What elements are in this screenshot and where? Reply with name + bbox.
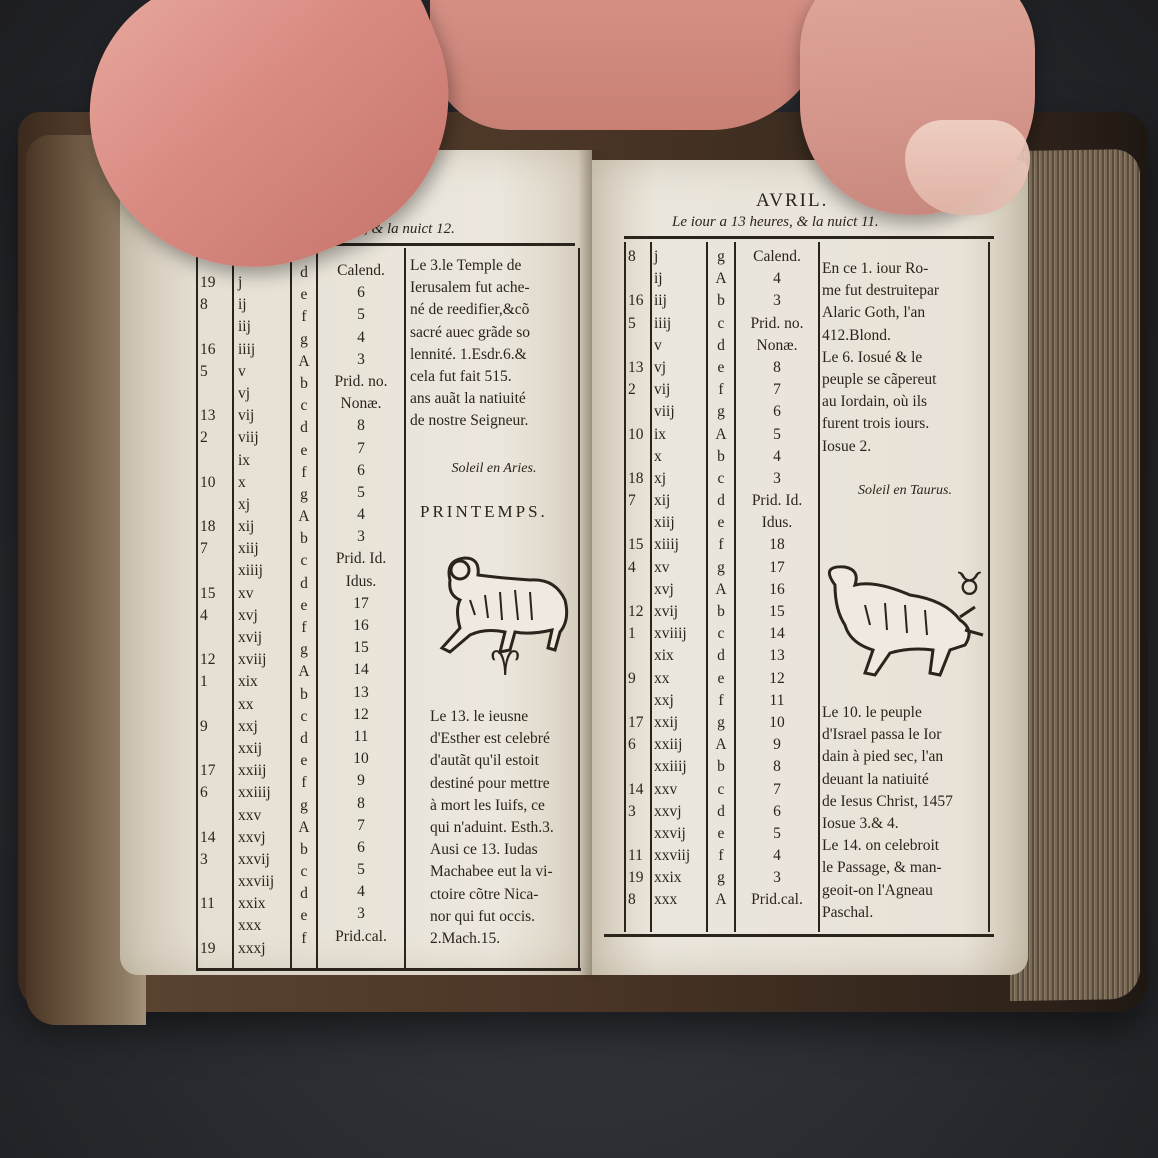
- right-rule-top: [624, 236, 994, 239]
- note-line: ans auãt la natiuité: [410, 388, 578, 410]
- roman-date-cell: 6: [318, 837, 404, 859]
- golden-number-cell: 2: [200, 427, 230, 449]
- note-line: Le 10. le peuple: [822, 702, 988, 724]
- golden-number-cell: 5: [200, 361, 230, 383]
- golden-number-cell: 10: [628, 424, 650, 446]
- golden-number-cell: 6: [200, 782, 230, 804]
- note-line: En ce 1. iour Ro-: [822, 258, 988, 280]
- roman-date-cell: 6: [318, 282, 404, 304]
- note-line: le Passage, & man-: [822, 857, 988, 879]
- day-cell: xx: [238, 694, 290, 716]
- day-cell: xxj: [238, 716, 290, 738]
- golden-number-cell: 19: [200, 938, 230, 960]
- roman-date-cell: 12: [318, 704, 404, 726]
- golden-number-cell: [628, 335, 650, 357]
- day-cell: xviiij: [654, 623, 706, 645]
- dominical-letter-cell: c: [708, 623, 734, 645]
- day-cell: vij: [238, 405, 290, 427]
- roman-date-cell: 11: [318, 726, 404, 748]
- day-cell: xxv: [654, 779, 706, 801]
- dominical-letter-cell: b: [292, 684, 316, 706]
- day-cell: xxv: [238, 805, 290, 827]
- dominical-letter-cell: A: [708, 268, 734, 290]
- note-line: cela fut fait 515.: [410, 366, 578, 388]
- roman-date-cell: Calend.: [736, 246, 818, 268]
- dominical-letter-cell: A: [292, 661, 316, 683]
- golden-number-cell: 18: [200, 516, 230, 538]
- roman-date-cell: 18: [736, 534, 818, 556]
- golden-number-cell: 19: [200, 272, 230, 294]
- day-cell: xiij: [238, 538, 290, 560]
- dominical-letter-cell: f: [292, 617, 316, 639]
- golden-number-cell: 14: [628, 779, 650, 801]
- golden-number-cell: 4: [200, 605, 230, 627]
- dominical-letter-cell: e: [292, 750, 316, 772]
- dominical-letter-cell: d: [708, 645, 734, 667]
- dominical-letter-cell: f: [708, 534, 734, 556]
- golden-number-cell: [200, 560, 230, 582]
- day-cell: xj: [654, 468, 706, 490]
- day-cell: x: [654, 446, 706, 468]
- golden-number-cell: [200, 738, 230, 760]
- day-cell: j: [238, 272, 290, 294]
- roman-date-cell: 5: [736, 823, 818, 845]
- golden-number-cell: [200, 316, 230, 338]
- day-cell: xxiij: [654, 734, 706, 756]
- day-cell: iiij: [654, 313, 706, 335]
- golden-number-cell: [200, 694, 230, 716]
- roman-date-cell: 5: [318, 482, 404, 504]
- left-roman-date-column: Calend.6543Prid. no.Nonæ.876543Prid. Id.…: [318, 260, 404, 948]
- golden-number-cell: 11: [628, 845, 650, 867]
- note-line: qui n'aduint. Esth.3.: [430, 817, 580, 839]
- golden-number-cell: 5: [628, 313, 650, 335]
- golden-number-cell: [628, 579, 650, 601]
- note-line: de nostre Seigneur.: [410, 410, 578, 432]
- roman-date-cell: 8: [318, 793, 404, 815]
- note-line: Paschal.: [822, 902, 988, 924]
- golden-number-cell: 14: [200, 827, 230, 849]
- day-cell: xv: [654, 557, 706, 579]
- day-cell: xvij: [654, 601, 706, 623]
- golden-number-cell: 3: [200, 849, 230, 871]
- roman-date-cell: 3: [318, 526, 404, 548]
- left-col-line: [196, 248, 198, 970]
- note-line: Le 13. le ieusne: [430, 706, 580, 728]
- note-line: Iosue 3.& 4.: [822, 813, 988, 835]
- note-line: Le 14. on celebroit: [822, 835, 988, 857]
- roman-date-cell: 16: [318, 615, 404, 637]
- day-cell: xix: [654, 645, 706, 667]
- roman-date-cell: 7: [736, 779, 818, 801]
- dominical-letter-cell: b: [292, 373, 316, 395]
- dominical-letter-cell: e: [292, 595, 316, 617]
- golden-number-cell: 19: [628, 867, 650, 889]
- right-golden-number-column: 816513210187154121917614311198: [628, 246, 650, 912]
- roman-date-cell: 6: [318, 460, 404, 482]
- right-sun-sign: Soleil en Taurus.: [822, 480, 988, 502]
- golden-number-cell: [200, 383, 230, 405]
- right-notes-top: En ce 1. iour Ro-me fut destruiteparAlar…: [822, 258, 988, 458]
- day-cell: xxix: [238, 893, 290, 915]
- roman-date-cell: 4: [736, 446, 818, 468]
- dominical-letter-cell: d: [292, 262, 316, 284]
- roman-date-cell: 4: [318, 881, 404, 903]
- golden-number-cell: 3: [628, 801, 650, 823]
- roman-date-cell: Prid. Id.: [736, 490, 818, 512]
- roman-date-cell: 3: [736, 867, 818, 889]
- day-cell: xxxj: [238, 938, 290, 960]
- day-cell: xxx: [654, 889, 706, 911]
- dominical-letter-cell: b: [708, 290, 734, 312]
- left-rule-bottom: [196, 968, 581, 971]
- aries-ram-icon: ♈: [430, 540, 575, 680]
- golden-number-cell: 17: [200, 760, 230, 782]
- note-line: Iosue 2.: [822, 436, 988, 458]
- golden-number-cell: [628, 823, 650, 845]
- dominical-letter-cell: d: [292, 883, 316, 905]
- day-cell: j: [654, 246, 706, 268]
- golden-number-cell: [200, 805, 230, 827]
- day-cell: xvj: [238, 605, 290, 627]
- golden-number-cell: [628, 512, 650, 534]
- dominical-letter-cell: b: [292, 528, 316, 550]
- roman-date-cell: 8: [736, 756, 818, 778]
- golden-number-cell: 7: [200, 538, 230, 560]
- dominical-letter-cell: d: [292, 417, 316, 439]
- day-cell: ij: [654, 268, 706, 290]
- day-cell: xxvj: [238, 827, 290, 849]
- roman-date-cell: 4: [736, 268, 818, 290]
- day-cell: xix: [238, 671, 290, 693]
- roman-date-cell: Prid.cal.: [736, 889, 818, 911]
- note-line: ctoire cõtre Nica-: [430, 884, 580, 906]
- note-line: lennité. 1.Esdr.6.&: [410, 344, 578, 366]
- note-line: Alaric Goth, l'an: [822, 302, 988, 324]
- note-line: au Iordain, où ils: [822, 391, 988, 413]
- golden-number-cell: [628, 690, 650, 712]
- note-line: furent trois iours.: [822, 413, 988, 435]
- taurus-bull-icon: ♉: [815, 555, 990, 695]
- dominical-letter-cell: g: [292, 639, 316, 661]
- roman-date-cell: 15: [736, 601, 818, 623]
- day-cell: xxviij: [654, 845, 706, 867]
- day-cell: x: [238, 472, 290, 494]
- roman-date-cell: 9: [736, 734, 818, 756]
- roman-date-cell: Idus.: [736, 512, 818, 534]
- dominical-letter-cell: b: [292, 839, 316, 861]
- dominical-letter-cell: b: [708, 756, 734, 778]
- day-cell: viij: [654, 401, 706, 423]
- dominical-letter-cell: c: [292, 861, 316, 883]
- day-cell: xxiiij: [654, 756, 706, 778]
- day-cell: xxij: [654, 712, 706, 734]
- right-notes-bottom: Le 10. le peupled'Israel passa le Iordai…: [822, 702, 988, 924]
- roman-date-cell: 11: [736, 690, 818, 712]
- day-cell: xij: [654, 490, 706, 512]
- note-line: de Iesus Christ, 1457: [822, 791, 988, 813]
- golden-number-cell: 12: [628, 601, 650, 623]
- book-fore-edge: [1010, 149, 1140, 1001]
- right-roman-date-column: Calend.43Prid. no.Nonæ.876543Prid. Id.Id…: [736, 246, 818, 912]
- dominical-letter-cell: c: [292, 550, 316, 572]
- right-dominical-column: gAbcdefgAbcdefgAbcdefgAbcdefgA: [708, 246, 734, 912]
- dominical-letter-cell: c: [708, 779, 734, 801]
- golden-number-cell: 7: [628, 490, 650, 512]
- svg-text:♈: ♈: [490, 644, 520, 680]
- dominical-letter-cell: d: [708, 490, 734, 512]
- day-cell: xxj: [654, 690, 706, 712]
- note-line: né de reedifier,&cõ: [410, 299, 578, 321]
- roman-date-cell: 12: [736, 668, 818, 690]
- day-cell: iij: [238, 316, 290, 338]
- day-cell: vij: [654, 379, 706, 401]
- day-cell: xvij: [238, 627, 290, 649]
- note-line: Ierusalem fut ache-: [410, 277, 578, 299]
- right-col-line: [650, 242, 652, 932]
- roman-date-cell: 17: [736, 557, 818, 579]
- hand-palm: [430, 0, 830, 130]
- dominical-letter-cell: g: [292, 795, 316, 817]
- golden-number-cell: 18: [628, 468, 650, 490]
- roman-date-cell: 4: [318, 504, 404, 526]
- roman-date-cell: 7: [318, 438, 404, 460]
- dominical-letter-cell: A: [292, 506, 316, 528]
- dominical-letter-cell: e: [292, 905, 316, 927]
- note-line: me fut destruitepar: [822, 280, 988, 302]
- left-notes-top: Le 3.le Temple deIerusalem fut ache-né d…: [410, 255, 578, 433]
- roman-date-cell: 5: [318, 304, 404, 326]
- roman-date-cell: 15: [318, 637, 404, 659]
- dominical-letter-cell: d: [708, 335, 734, 357]
- day-cell: iiij: [238, 339, 290, 361]
- golden-number-cell: [200, 494, 230, 516]
- day-cell: xxx: [238, 915, 290, 937]
- day-cell: xxvij: [238, 849, 290, 871]
- roman-date-cell: 4: [318, 327, 404, 349]
- left-col-line: [232, 248, 234, 970]
- day-cell: v: [238, 361, 290, 383]
- roman-date-cell: Prid. Id.: [318, 548, 404, 570]
- roman-date-cell: 7: [736, 379, 818, 401]
- golden-number-cell: [628, 268, 650, 290]
- day-cell: vj: [654, 357, 706, 379]
- left-col-line: [404, 248, 406, 970]
- dominical-letter-cell: e: [708, 357, 734, 379]
- roman-date-cell: 6: [736, 801, 818, 823]
- note-line: dain à pied sec, l'an: [822, 746, 988, 768]
- right-rule-bottom: [604, 934, 994, 937]
- day-cell: xxviij: [238, 871, 290, 893]
- roman-date-cell: Idus.: [318, 571, 404, 593]
- dominical-letter-cell: A: [708, 889, 734, 911]
- day-cell: xiiij: [238, 560, 290, 582]
- golden-number-cell: [200, 450, 230, 472]
- note-line: peuple se cãpereut: [822, 369, 988, 391]
- day-cell: vj: [238, 383, 290, 405]
- right-day-column: jijiijiiijvvjvijviijixxxjxijxiijxiiijxvx…: [654, 246, 706, 912]
- golden-number-cell: 13: [628, 357, 650, 379]
- roman-date-cell: 10: [736, 712, 818, 734]
- day-cell: xv: [238, 583, 290, 605]
- golden-number-cell: 16: [628, 290, 650, 312]
- roman-date-cell: 5: [736, 424, 818, 446]
- roman-date-cell: 14: [318, 659, 404, 681]
- dominical-letter-cell: g: [708, 712, 734, 734]
- note-line: Ausi ce 13. Iudas: [430, 839, 580, 861]
- left-season-title: PRINTEMPS.: [420, 502, 548, 522]
- dominical-letter-cell: g: [708, 401, 734, 423]
- roman-date-cell: 6: [736, 401, 818, 423]
- golden-number-cell: 15: [200, 583, 230, 605]
- note-line: 412.Blond.: [822, 325, 988, 347]
- dominical-letter-cell: d: [292, 728, 316, 750]
- golden-number-cell: 10: [200, 472, 230, 494]
- day-cell: iij: [654, 290, 706, 312]
- roman-date-cell: Nonæ.: [318, 393, 404, 415]
- roman-date-cell: 3: [736, 290, 818, 312]
- note-line: d'autãt qu'il estoit: [430, 750, 580, 772]
- day-cell: xiij: [654, 512, 706, 534]
- golden-number-cell: 6: [628, 734, 650, 756]
- dominical-letter-cell: e: [708, 512, 734, 534]
- golden-number-cell: 8: [628, 889, 650, 911]
- left-sun-sign: Soleil en Aries.: [410, 458, 578, 480]
- golden-number-cell: 2: [628, 379, 650, 401]
- golden-number-cell: 17: [628, 712, 650, 734]
- day-cell: ix: [654, 424, 706, 446]
- golden-number-cell: 11: [200, 893, 230, 915]
- roman-date-cell: 8: [318, 415, 404, 437]
- day-cell: xxvj: [654, 801, 706, 823]
- day-cell: ij: [238, 294, 290, 316]
- golden-number-cell: [628, 446, 650, 468]
- note-line: à mort les Iuifs, ce: [430, 795, 580, 817]
- day-cell: xxix: [654, 867, 706, 889]
- dominical-letter-cell: g: [708, 867, 734, 889]
- roman-date-cell: 3: [318, 903, 404, 925]
- dominical-letter-cell: d: [292, 573, 316, 595]
- note-line: Le 6. Iosué & le: [822, 347, 988, 369]
- dominical-letter-cell: A: [292, 817, 316, 839]
- day-cell: xj: [238, 494, 290, 516]
- golden-number-cell: 9: [200, 716, 230, 738]
- roman-date-cell: 9: [318, 770, 404, 792]
- roman-date-cell: Calend.: [318, 260, 404, 282]
- day-cell: xxiiij: [238, 782, 290, 804]
- dominical-letter-cell: b: [708, 601, 734, 623]
- day-cell: xx: [654, 668, 706, 690]
- dominical-letter-cell: A: [292, 351, 316, 373]
- roman-date-cell: Prid. no.: [318, 371, 404, 393]
- roman-date-cell: 17: [318, 593, 404, 615]
- note-line: d'Esther est celebré: [430, 728, 580, 750]
- dominical-letter-cell: e: [292, 440, 316, 462]
- dominical-letter-cell: e: [292, 284, 316, 306]
- dominical-letter-cell: A: [708, 734, 734, 756]
- dominical-letter-cell: c: [292, 395, 316, 417]
- roman-date-cell: 4: [736, 845, 818, 867]
- note-line: d'Israel passa le Ior: [822, 724, 988, 746]
- roman-date-cell: 16: [736, 579, 818, 601]
- roman-date-cell: 5: [318, 859, 404, 881]
- golden-number-cell: 13: [200, 405, 230, 427]
- dominical-letter-cell: g: [708, 557, 734, 579]
- roman-date-cell: Nonæ.: [736, 335, 818, 357]
- dominical-letter-cell: e: [708, 668, 734, 690]
- left-dominical-column: defgAbcdefgAbcdefgAbcdefgAbcdef: [292, 262, 316, 950]
- roman-date-cell: 3: [736, 468, 818, 490]
- note-line: geoit-on l'Agneau: [822, 880, 988, 902]
- note-line: deuant la natiuité: [822, 769, 988, 791]
- day-cell: xxvij: [654, 823, 706, 845]
- golden-number-cell: [628, 401, 650, 423]
- day-cell: xviij: [238, 649, 290, 671]
- day-cell: xvj: [654, 579, 706, 601]
- roman-date-cell: 8: [736, 357, 818, 379]
- golden-number-cell: [200, 627, 230, 649]
- golden-number-cell: 1: [628, 623, 650, 645]
- golden-number-cell: 1: [200, 671, 230, 693]
- left-golden-number-column: 1981651321018715412191761431119: [200, 272, 230, 960]
- day-cell: v: [654, 335, 706, 357]
- dominical-letter-cell: g: [708, 246, 734, 268]
- dominical-letter-cell: f: [708, 845, 734, 867]
- dominical-letter-cell: e: [708, 823, 734, 845]
- dominical-letter-cell: f: [292, 462, 316, 484]
- dominical-letter-cell: f: [708, 379, 734, 401]
- note-line: Le 3.le Temple de: [410, 255, 578, 277]
- golden-number-cell: 15: [628, 534, 650, 556]
- golden-number-cell: [200, 871, 230, 893]
- roman-date-cell: 13: [736, 645, 818, 667]
- day-cell: xxiij: [238, 760, 290, 782]
- dominical-letter-cell: A: [708, 579, 734, 601]
- right-day-length: Le iour a 13 heures, & la nuict 11.: [672, 214, 879, 231]
- day-cell: ix: [238, 450, 290, 472]
- dominical-letter-cell: c: [292, 706, 316, 728]
- roman-date-cell: Prid.cal.: [318, 926, 404, 948]
- dominical-letter-cell: b: [708, 446, 734, 468]
- roman-date-cell: 7: [318, 815, 404, 837]
- day-cell: xij: [238, 516, 290, 538]
- golden-number-cell: 9: [628, 668, 650, 690]
- dominical-letter-cell: g: [292, 329, 316, 351]
- note-line: destiné pour mettre: [430, 773, 580, 795]
- golden-number-cell: [200, 915, 230, 937]
- golden-number-cell: [628, 756, 650, 778]
- dominical-letter-cell: f: [292, 306, 316, 328]
- dominical-letter-cell: g: [292, 484, 316, 506]
- note-line: nor qui fut occis.: [430, 906, 580, 928]
- golden-number-cell: 12: [200, 649, 230, 671]
- left-notes-bottom: Le 13. le ieusned'Esther est celebréd'au…: [430, 706, 580, 950]
- roman-date-cell: Prid. no.: [736, 313, 818, 335]
- dominical-letter-cell: f: [292, 772, 316, 794]
- dominical-letter-cell: f: [708, 690, 734, 712]
- dominical-letter-cell: A: [708, 424, 734, 446]
- note-line: sacré auec grãde so: [410, 322, 578, 344]
- golden-number-cell: [628, 645, 650, 667]
- golden-number-cell: 16: [200, 339, 230, 361]
- roman-date-cell: 14: [736, 623, 818, 645]
- day-cell: viij: [238, 427, 290, 449]
- svg-text:♉: ♉: [955, 565, 984, 603]
- day-cell: xxij: [238, 738, 290, 760]
- roman-date-cell: 10: [318, 748, 404, 770]
- roman-date-cell: 3: [318, 349, 404, 371]
- dominical-letter-cell: c: [708, 468, 734, 490]
